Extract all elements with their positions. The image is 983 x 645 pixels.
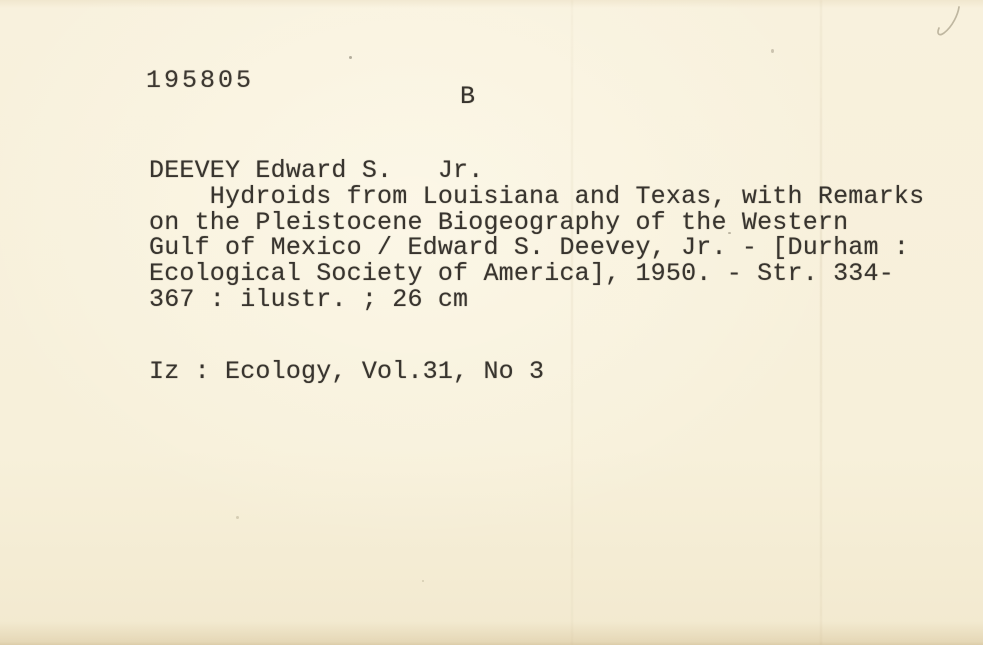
- source-note: Iz : Ecology, Vol.31, No 3: [149, 359, 544, 385]
- paper-crease-right: [820, 0, 822, 645]
- catalog-card-scan: 195805 B DEEVEY Edward S. Jr. Hydroids f…: [0, 0, 983, 645]
- ink-speck: [728, 232, 731, 234]
- ink-speck: [349, 56, 352, 59]
- paper-speck: [422, 580, 424, 582]
- card-paper: 195805 B DEEVEY Edward S. Jr. Hydroids f…: [0, 0, 983, 645]
- bibliographic-entry: DEEVEY Edward S. Jr. Hydroids from Louis…: [149, 158, 924, 313]
- paper-crease-left: [571, 0, 573, 645]
- pencil-checkmark-icon: [933, 4, 965, 42]
- paper-speck: [236, 516, 239, 519]
- classification-letter: B: [460, 84, 475, 110]
- ink-speck: [771, 49, 774, 53]
- card-top-shadow: [0, 0, 983, 8]
- card-bottom-shadow: [0, 621, 983, 645]
- inventory-number: 195805: [146, 68, 254, 94]
